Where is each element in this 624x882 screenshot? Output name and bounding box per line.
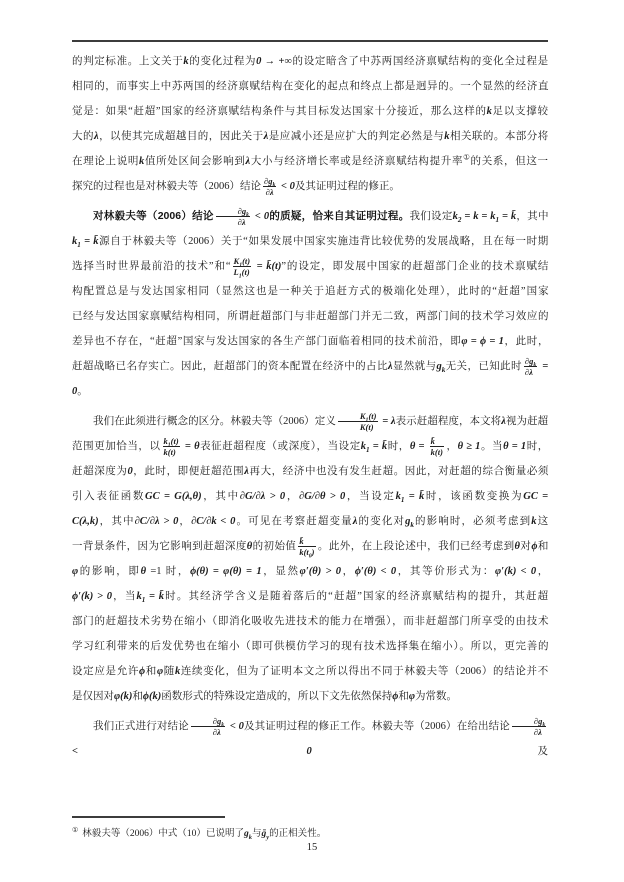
text-segment: 引入表征函数 bbox=[72, 491, 145, 502]
text-line: 相同的，而事实上中苏两国的经济禀赋结构在变化的起点和终点上都是迥异的。一个显然的… bbox=[72, 74, 548, 99]
text-segment: 差异也不存在，“赶超”国家与发达国家的各生产部门面临着相同的技术前沿，即 bbox=[72, 336, 461, 347]
math-segment: C(λ,k) bbox=[72, 516, 99, 527]
text-line: C(λ,k)，其中∂C/∂λ > 0，∂C/∂k < 0。可见在考察赶超变量λ的… bbox=[72, 509, 548, 534]
text-line: 构配置总是与发达国家相同（显然这也是一种关于追赶方式的极端化处理），此时的“赶超… bbox=[72, 279, 548, 304]
text-line: 赶超深度为0，此时，即便赶超范围λ再大，经济中也没有发生赶超。因此，对赶超的综合… bbox=[72, 459, 548, 484]
paragraph: 对林毅夫等（2006）结论∂gk∂λ < 0的质疑，恰来自其证明过程。我们设定k… bbox=[72, 204, 548, 404]
math-segment: < 0 bbox=[72, 746, 312, 757]
text-segment: 是仅因对 bbox=[72, 691, 114, 702]
math-segment: GC = G(λ,θ) bbox=[145, 491, 202, 502]
math-segment: ϕ(θ) = φ(θ) = 1 bbox=[190, 566, 261, 577]
text-line: 0。 bbox=[72, 379, 548, 404]
math-segment: ∂G/∂λ > 0 bbox=[240, 491, 285, 502]
footnote-reference: ① bbox=[463, 153, 470, 162]
math-segment: k2 = k = k1 = k̄ bbox=[453, 211, 517, 222]
text-segment: 林毅夫等（2006）中式（10）已说明了 bbox=[82, 829, 244, 839]
text-segment: 表征赶超程度（或深度），当设定 bbox=[200, 441, 361, 452]
math-segment: = bbox=[539, 361, 548, 372]
text-segment: 函数形式的特殊设定造成的，所以下文先依然保持 bbox=[161, 691, 392, 702]
math-segment: k1 = k̄ bbox=[396, 491, 425, 502]
text-line: 我们正式进行对结论∂gk∂λ < 0及其证明过程的修正工作。林毅夫等（2006）… bbox=[72, 714, 548, 764]
text-segment: ，其中 bbox=[99, 516, 135, 527]
text-segment: 为常数。 bbox=[415, 691, 457, 702]
text-segment: 。当 bbox=[480, 441, 503, 452]
math-fraction: ∂gk∂λ bbox=[191, 716, 225, 737]
math-segment: θ = bbox=[410, 441, 428, 452]
math-segment: k1 = k̄ bbox=[361, 441, 387, 452]
text-segment: 及其证明过程的修正。 bbox=[295, 181, 400, 192]
text-line: 一背景条件，因为它影响到赶超深度θ的初始值k̄k(t0)。此外，在上段论述中，我… bbox=[72, 534, 548, 559]
text-line: 引入表征函数GC = G(λ,θ)，其中∂G/∂λ > 0，∂G/∂θ > 0，… bbox=[72, 484, 548, 509]
text-segment: 随 bbox=[163, 666, 175, 677]
math-fraction: k̄k(t) bbox=[430, 436, 444, 457]
text-line: 我们在此须进行概念的区分。林毅夫等（2006）定义K1(t)K(t) = λ表示… bbox=[72, 409, 548, 434]
text-line: 设定应是允许ϕ和φ随k连续变化，但为了证明本文之所以得出不同于林毅夫等（2006… bbox=[72, 659, 548, 684]
text-segment: 再大，经济中也没有发生赶超。因此，对赶超的综合衡量必须 bbox=[249, 466, 549, 477]
text-segment: 足以支撑较 bbox=[492, 106, 548, 117]
text-line: 觉是：如果“赶超”国家的经济禀赋结构条件与其目标发达国家十分接近，那么这样的k足… bbox=[72, 99, 548, 124]
text-segment: 的关系，但这一 bbox=[471, 156, 549, 167]
text-segment: ，以使其完成超越目的，因此关于 bbox=[99, 131, 264, 142]
text-segment: 相同的，而事实上中苏两国的经济禀赋结构在变化的起点和终点上都是迥异的。一个显然的… bbox=[72, 81, 548, 92]
text-line: 选择当时世界最前沿的技术”和“K1(t)L1(t) = k̄(t)”的设定，即发… bbox=[72, 254, 548, 279]
math-fraction: ∂gk∂λ bbox=[216, 206, 250, 227]
math-fraction: K1(t)K(t) bbox=[338, 411, 378, 432]
math-segment: ϕ′(θ) < 0 bbox=[355, 566, 396, 577]
text-segment: ， bbox=[178, 516, 191, 527]
text-segment: 表示赶超程度，本文将 bbox=[396, 416, 502, 427]
text-segment: 源自于林毅夫等（2006）关于“如果发展中国家实施违背比较优势的发展战略，且在每… bbox=[99, 236, 549, 247]
math-segment: φ = ϕ = 1 bbox=[461, 336, 504, 347]
text-segment: ，显然 bbox=[262, 566, 300, 577]
text-segment: ，其等价形式为： bbox=[396, 566, 495, 577]
text-segment: ， bbox=[341, 566, 355, 577]
text-segment: 大的 bbox=[72, 131, 94, 142]
text-segment: 是应减小还是应扩大的判定必然是与 bbox=[268, 131, 444, 142]
text-segment: 赶超战略已名存实亡。因此，赶超部门的资本配置在经济中的占比 bbox=[72, 361, 388, 372]
text-line: 差异也不存在，“赶超”国家与发达国家的各生产部门面临着相同的技术前沿，即φ = … bbox=[72, 329, 548, 354]
text-line: 是仅因对φ(k)和ϕ(k)函数形式的特殊设定造成的，所以下文先依然保持ϕ和φ为常… bbox=[72, 684, 548, 709]
text-segment: 学习红利带来的后发优势也在缩小（即可供模仿学习的现有技术选择集在缩小）。所以，更… bbox=[72, 641, 548, 652]
text-segment: ， bbox=[446, 441, 458, 452]
math-segment: < 0 bbox=[227, 721, 244, 732]
text-line: 大的λ，以使其完成超越目的，因此关于λ是应减小还是应扩大的判定必然是与k相关联的… bbox=[72, 124, 548, 149]
math-segment: gk bbox=[436, 361, 445, 372]
text-segment: 。此外，在上段论述中，我们已经考虑到 bbox=[318, 541, 515, 552]
footnote-marker: ① bbox=[72, 826, 78, 834]
text-segment: 时。其经济学含义是随着落后的“赶超”国家的经济禀赋结构的提升，其赶超 bbox=[164, 591, 548, 602]
text-line: ϕ′(k) > 0，当k1 = k̄时。其经济学含义是随着落后的“赶超”国家的经… bbox=[72, 584, 548, 609]
math-segment: ϕ(k) bbox=[143, 691, 161, 702]
text-segment: 在理论上说明 bbox=[72, 156, 139, 167]
text-segment: 的影响，即 bbox=[78, 566, 140, 577]
math-segment: ∂C/∂k < 0 bbox=[191, 516, 235, 527]
text-segment: 对 bbox=[520, 541, 531, 552]
text-segment: 觉是：如果“赶超”国家的经济禀赋结构条件与其目标发达国家十分接近，那么这样的 bbox=[72, 106, 487, 117]
text-segment: 大小与经济增长率或是经济禀赋结构提升率 bbox=[250, 156, 463, 167]
footnote: ①林毅夫等（2006）中式（10）已说明了gk与ḡy的正相关性。 bbox=[72, 822, 548, 843]
text-segment: 和 bbox=[145, 666, 157, 677]
text-segment: 选择当时世界最前沿的技术”和“ bbox=[72, 261, 231, 272]
math-segment: = λ bbox=[380, 416, 396, 427]
text-segment: 的正相关性。 bbox=[269, 829, 326, 839]
text-segment: ，其中 bbox=[516, 211, 548, 222]
text-segment: 设定应是允许 bbox=[72, 666, 139, 677]
text-segment: 范围更加恰当，以 bbox=[72, 441, 161, 452]
text-segment: 视为赶超 bbox=[506, 416, 548, 427]
paragraph: 我们正式进行对结论∂gk∂λ < 0及其证明过程的修正工作。林毅夫等（2006）… bbox=[72, 714, 548, 764]
math-segment: < 0 bbox=[252, 211, 269, 222]
text-segment: 我们设定 bbox=[409, 211, 452, 222]
text-segment: ”的设定，即发展中国家的赶超部门企业的技术禀赋结 bbox=[281, 261, 548, 272]
math-segment: = k̄(t) bbox=[253, 261, 281, 272]
text-segment: 时，该函数变换为 bbox=[424, 491, 523, 502]
text-segment: 赶超深度为 bbox=[72, 466, 127, 477]
math-segment: ∂C/∂λ > 0 bbox=[135, 516, 179, 527]
text-segment: ， bbox=[536, 566, 548, 577]
paragraph: 我们在此须进行概念的区分。林毅夫等（2006）定义K1(t)K(t) = λ表示… bbox=[72, 409, 548, 709]
math-fraction: ∂gk∂λ bbox=[263, 176, 276, 197]
text-segment: 。可见在考察赶超变量 bbox=[235, 516, 352, 527]
math-segment: θ ≥ 1 bbox=[458, 441, 481, 452]
math-segment: gk bbox=[244, 829, 252, 839]
text-segment: =1 时， bbox=[146, 566, 190, 577]
text-segment: 已经与发达国家禀赋结构相同，所谓赶超部门与非赶超部门并无二致，两部门间的技术学习… bbox=[72, 311, 548, 322]
math-segment: θ = 1 bbox=[503, 441, 526, 452]
math-fraction: ∂gk∂λ bbox=[512, 716, 546, 737]
math-segment: < 0 bbox=[278, 181, 294, 192]
text-line: 已经与发达国家禀赋结构相同，所谓赶超部门与非赶超部门并无二致，两部门间的技术学习… bbox=[72, 304, 548, 329]
text-segment: 和 bbox=[132, 691, 143, 702]
text-segment: 一背景条件，因为它影响到赶超深度 bbox=[72, 541, 247, 552]
document-page: 的判定标准。上文关于k的变化过程为0 → +∞的设定暗含了中苏两国经济禀赋结构的… bbox=[0, 0, 624, 882]
math-fraction: ∂gk∂λ bbox=[524, 356, 537, 377]
text-segment: 的判定标准。上文关于 bbox=[72, 56, 183, 67]
text-line: 的判定标准。上文关于k的变化过程为0 → +∞的设定暗含了中苏两国经济禀赋结构的… bbox=[72, 49, 548, 74]
math-segment: gk bbox=[405, 516, 414, 527]
text-segment: 无关，已知此时 bbox=[445, 361, 522, 372]
text-segment: 连续变化，但为了证明本文之所以得出不同于林毅夫等（2006）的结论并不 bbox=[180, 666, 548, 677]
header-rule bbox=[72, 40, 548, 42]
text-segment: ，其中 bbox=[202, 491, 240, 502]
text-segment: 值所处区间会影响到 bbox=[144, 156, 245, 167]
text-segment: 时， bbox=[387, 441, 410, 452]
footnote-text: 林毅夫等（2006）中式（10）已说明了gk与ḡy的正相关性。 bbox=[82, 829, 326, 839]
text-segment: 构配置总是与发达国家相同（显然这也是一种关于追赶方式的极端化处理），此时的“赶超… bbox=[72, 286, 549, 297]
paragraph: 的判定标准。上文关于k的变化过程为0 → +∞的设定暗含了中苏两国经济禀赋结构的… bbox=[72, 49, 548, 199]
math-segment: ϕ′(k) > 0 bbox=[72, 591, 112, 602]
text-line: 在理论上说明k值所处区间会影响到λ大小与经济增长率或是经济禀赋结构提升率①的关系… bbox=[72, 149, 548, 174]
math-fraction: K1(t)L1(t) bbox=[233, 256, 252, 277]
math-segment: φ′(θ) > 0 bbox=[300, 566, 341, 577]
math-segment: φ′(k) < 0 bbox=[495, 566, 536, 577]
text-segment: 的影响时，必须考虑到 bbox=[414, 516, 531, 527]
text-segment: ，当设定 bbox=[345, 491, 395, 502]
text-segment: ，此时，即便赶超范围 bbox=[133, 466, 245, 477]
text-segment: 部门的赶超技术劣势在缩小（即消化吸收先进技术的能力在增强），而非赶超部门所享受的… bbox=[72, 616, 548, 627]
text-segment: 。 bbox=[77, 386, 88, 397]
text-segment: 及其证明过程的修正工作。林毅夫等（2006）在给出结论 bbox=[244, 721, 510, 732]
text-segment: 的初始值 bbox=[252, 541, 296, 552]
math-segment: ḡy bbox=[262, 829, 270, 839]
text-line: 探究的过程也是对林毅夫等（2006）结论∂gk∂λ < 0及其证明过程的修正。 bbox=[72, 174, 548, 199]
text-segment: 显然就与 bbox=[393, 361, 437, 372]
text-segment: 的设定暗含了中苏两国经济禀赋结构的变化全过程是 bbox=[292, 56, 548, 67]
math-segment: k1 = k̄ bbox=[136, 591, 164, 602]
text-segment: ， bbox=[285, 491, 299, 502]
text-segment: ，此时， bbox=[504, 336, 549, 347]
text-segment: 探究的过程也是对林毅夫等（2006）结论 bbox=[72, 181, 261, 192]
footnote-rule bbox=[72, 816, 225, 818]
text-line: k1 = k̄源自于林毅夫等（2006）关于“如果发展中国家实施违背比较优势的发… bbox=[72, 229, 548, 254]
text-line: 对林毅夫等（2006）结论∂gk∂λ < 0的质疑，恰来自其证明过程。我们设定k… bbox=[72, 204, 548, 229]
text-segment: 与 bbox=[252, 829, 262, 839]
text-line: 部门的赶超技术劣势在缩小（即消化吸收先进技术的能力在增强），而非赶超部门所享受的… bbox=[72, 609, 548, 634]
text-segment: 和 bbox=[398, 691, 409, 702]
body-text: 的判定标准。上文关于k的变化过程为0 → +∞的设定暗含了中苏两国经济禀赋结构的… bbox=[72, 49, 548, 769]
math-segment: 0 → +∞ bbox=[256, 56, 292, 67]
text-segment: 的变化过程为 bbox=[189, 56, 256, 67]
math-fraction: k̄k(t0) bbox=[298, 536, 315, 557]
text-line: φ的影响，即θ =1 时，ϕ(θ) = φ(θ) = 1，显然φ′(θ) > 0… bbox=[72, 559, 548, 584]
math-segment: GC = bbox=[523, 491, 548, 502]
math-segment: φ(k) bbox=[114, 691, 132, 702]
text-segment: ，当 bbox=[112, 591, 136, 602]
math-fraction: k1(t)k(t) bbox=[163, 436, 180, 457]
text-segment: 的变化对 bbox=[357, 516, 405, 527]
text-line: 范围更加恰当，以k1(t)k(t) = θ表征赶超程度（或深度），当设定k1 =… bbox=[72, 434, 548, 459]
text-line: 赶超战略已名存实亡。因此，赶超部门的资本配置在经济中的占比λ显然就与gk无关，已… bbox=[72, 354, 548, 379]
text-segment: 对林毅夫等（2006）结论 bbox=[93, 210, 214, 222]
math-segment: ∂G/∂θ > 0 bbox=[299, 491, 345, 502]
text-segment: 和 bbox=[537, 541, 548, 552]
text-segment: 我们在此须进行概念的区分。林毅夫等（2006）定义 bbox=[93, 416, 336, 427]
math-segment: k1 = k̄ bbox=[72, 236, 99, 247]
page-number: 15 bbox=[0, 842, 624, 853]
math-segment: = θ bbox=[182, 441, 200, 452]
text-line: 学习红利带来的后发优势也在缩小（即可供模仿学习的现有技术选择集在缩小）。所以，更… bbox=[72, 634, 548, 659]
text-segment: 相关联的。本部分将 bbox=[450, 131, 549, 142]
text-segment: 的质疑，恰来自其证明过程。 bbox=[269, 210, 409, 222]
text-segment: 时， bbox=[526, 441, 548, 452]
text-segment: 及 bbox=[312, 746, 548, 757]
text-segment: 我们正式进行对结论 bbox=[93, 721, 189, 732]
text-segment: 这 bbox=[537, 516, 549, 527]
